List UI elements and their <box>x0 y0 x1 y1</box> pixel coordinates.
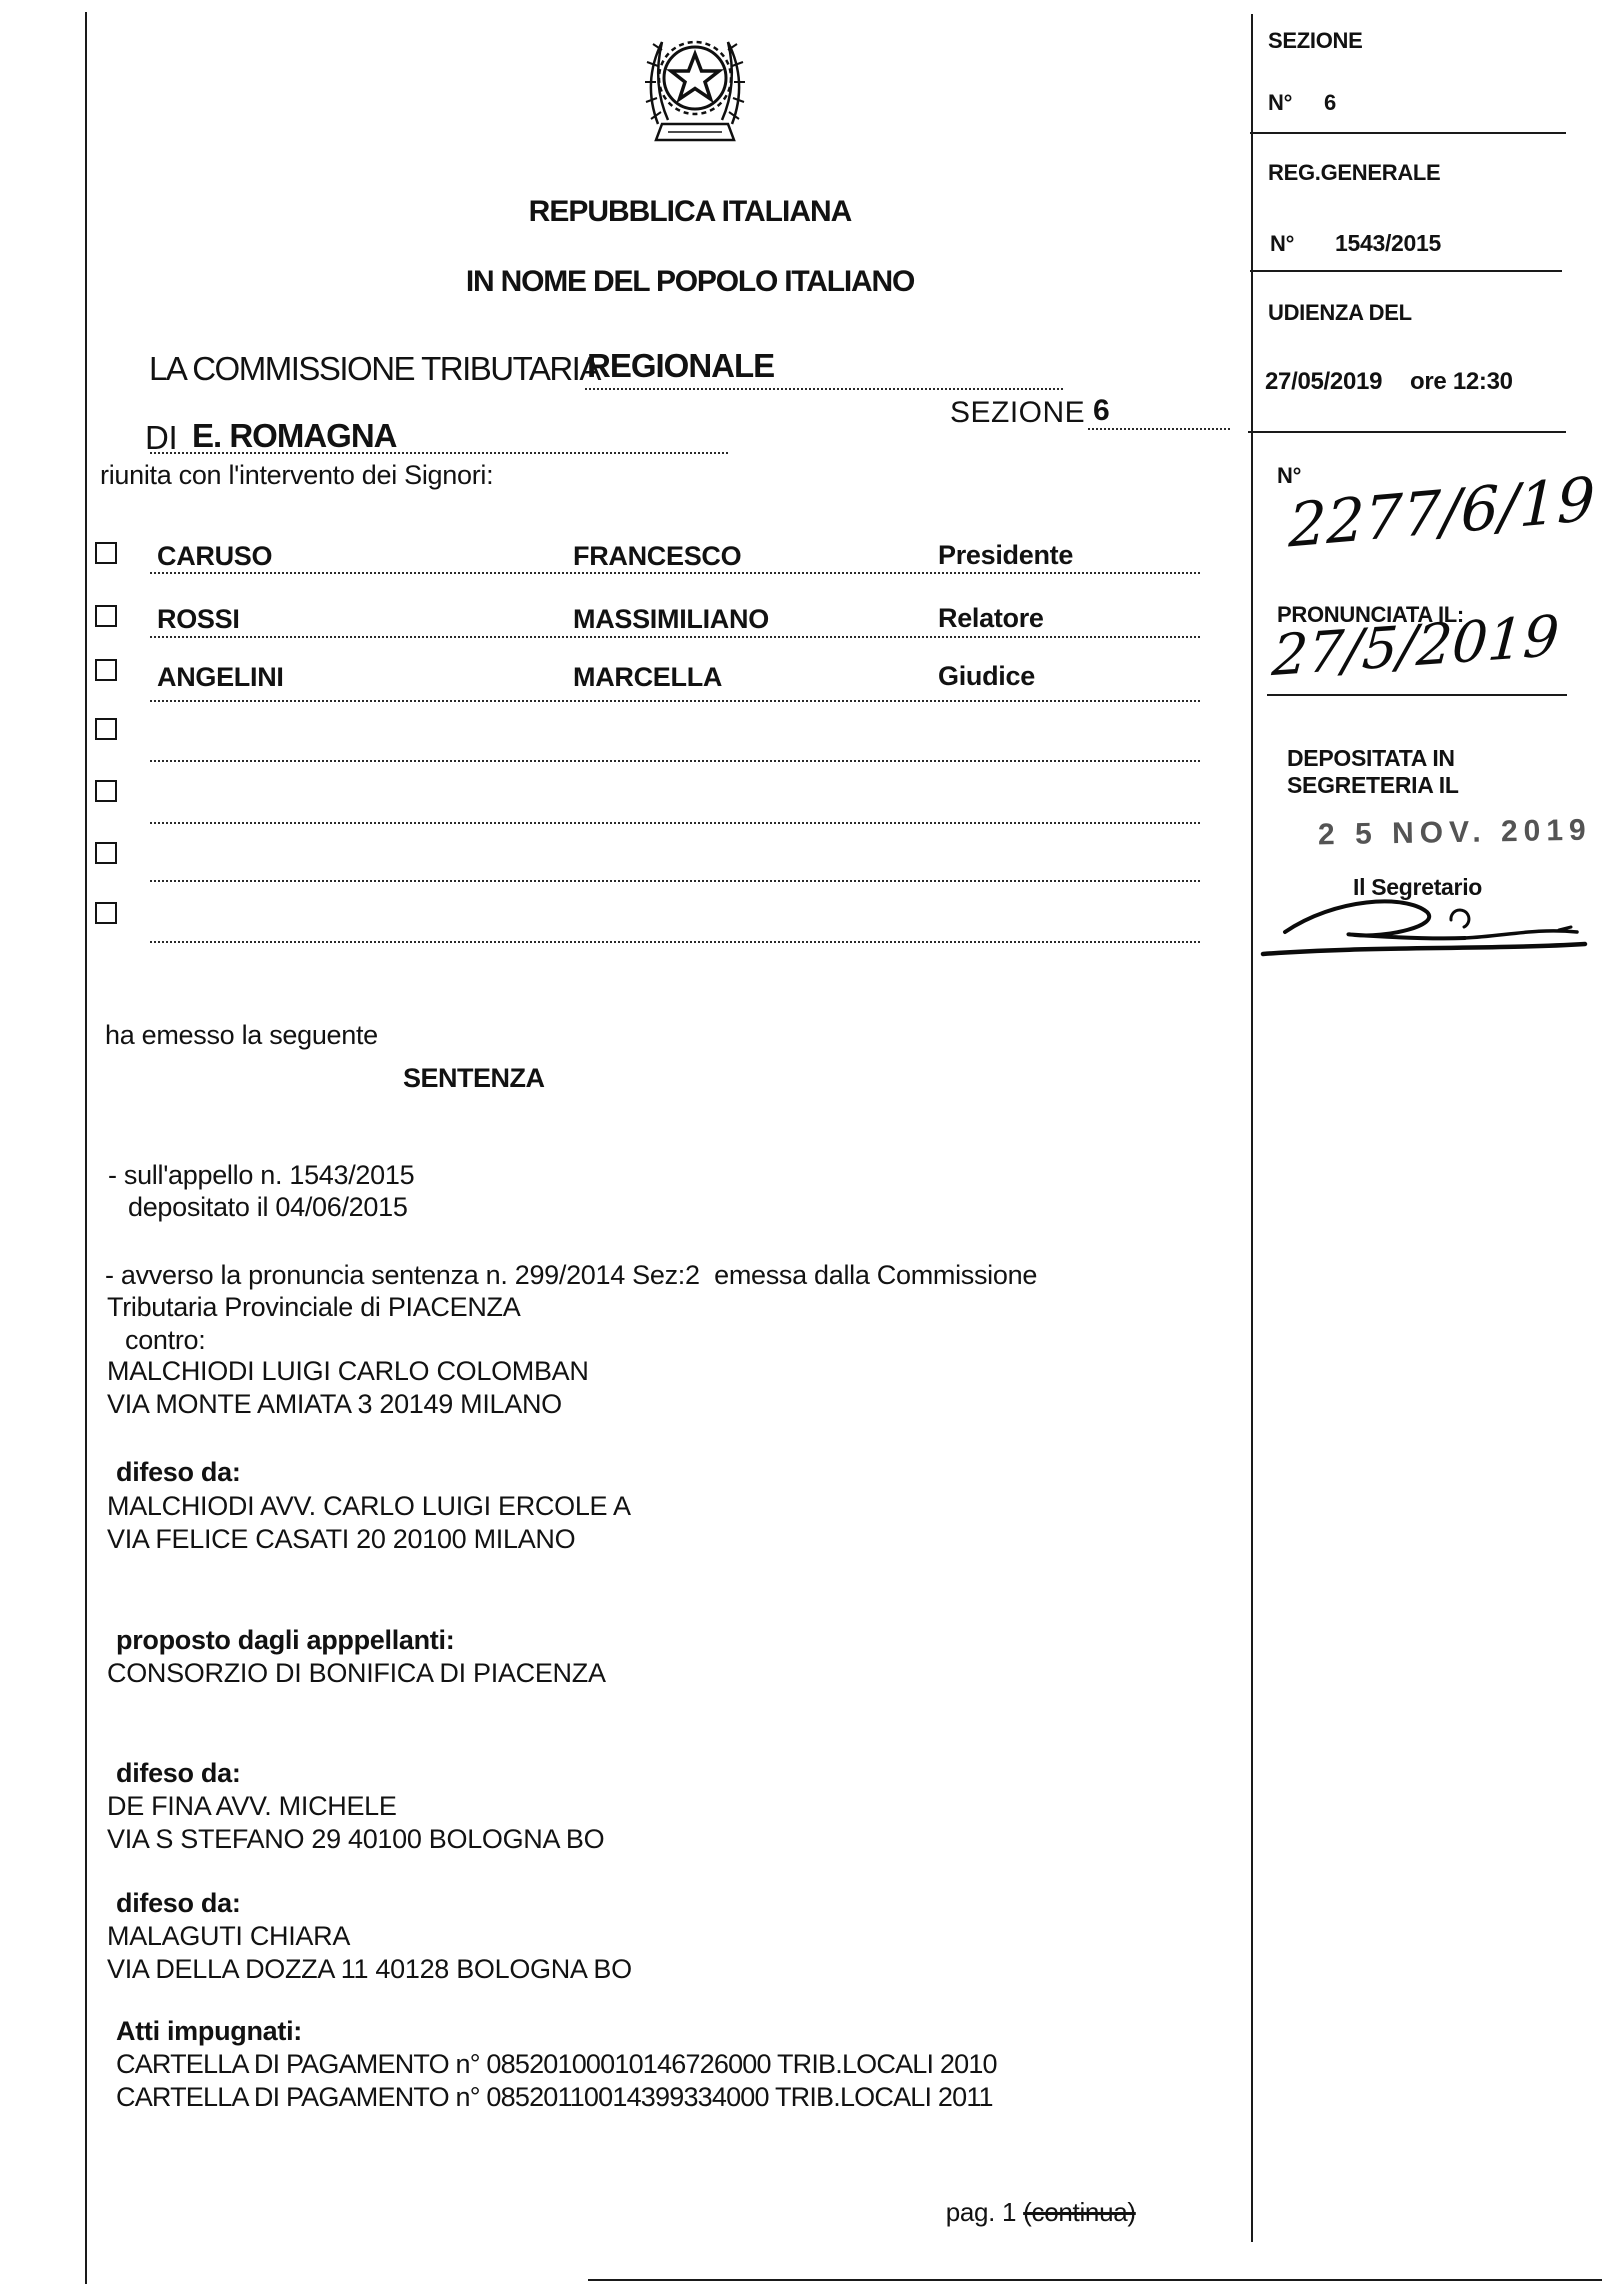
commission-dotted-line <box>585 388 1063 390</box>
empty-row-line <box>150 880 1200 882</box>
body-line: VIA MONTE AMIATA 3 20149 MILANO <box>107 1389 562 1420</box>
judge-row-line <box>150 700 1200 702</box>
judge-surname: CARUSO <box>157 541 272 572</box>
intro-line: riunita con l'intervento dei Signori: <box>100 460 493 491</box>
sidebar-udienza-time: ore 12:30 <box>1410 368 1513 396</box>
sezione-dotted-line <box>1088 428 1230 430</box>
judge-checkbox-empty <box>95 780 117 802</box>
scanned-judgment-page: REPUBBLICA ITALIANA IN NOME DEL POPOLO I… <box>0 0 1606 2289</box>
judge-surname: ROSSI <box>157 604 240 635</box>
left-margin-rule <box>85 12 87 2284</box>
page-number: pag. 1 <box>946 2197 1017 2227</box>
sidebar-reg-value: 1543/2015 <box>1335 230 1441 257</box>
title-repubblica: REPUBBLICA ITALIANA <box>390 195 990 229</box>
sidebar-sezione-value: 6 <box>1324 90 1336 116</box>
judge-row-line <box>150 572 1200 574</box>
depositata-line2: SEGRETERIA IL <box>1287 772 1459 799</box>
body-line-bold: difeso da: <box>116 1758 241 1789</box>
body-line: CARTELLA DI PAGAMENTO n° 085201000101467… <box>116 2049 997 2080</box>
sidebar-sezione-label: SEZIONE <box>1268 28 1362 54</box>
judge-role: Giudice <box>938 661 1035 692</box>
sidebar-udienza-date: 27/05/2019 <box>1265 368 1382 396</box>
body-line: VIA FELICE CASATI 20 20100 MILANO <box>107 1524 575 1555</box>
sezione-main-value: 6 <box>1093 394 1109 428</box>
body-line: MALAGUTI CHIARA <box>107 1921 350 1952</box>
empty-row-line <box>150 822 1200 824</box>
body-line: VIA S STEFANO 29 40100 BOLOGNA BO <box>107 1824 604 1855</box>
body-line: Tributaria Provinciale di PIACENZA <box>107 1292 520 1323</box>
judge-checkbox <box>95 605 117 627</box>
page-footer: pag. 1 (continua) <box>918 2166 1136 2259</box>
sidebar-divider-rule <box>1251 14 1253 2242</box>
judge-checkbox-empty <box>95 842 117 864</box>
deposit-date-stamp: 2 5 NOV. 2019 <box>1318 814 1592 853</box>
sidebar-reg-label: REG.GENERALE <box>1268 160 1440 186</box>
body-line-bold: proposto dagli apppellanti: <box>116 1625 454 1656</box>
body-line: CONSORZIO DI BONIFICA DI PIACENZA <box>107 1658 606 1689</box>
body-line: depositato il 04/06/2015 <box>128 1192 408 1223</box>
body-line: VIA DELLA DOZZA 11 40128 BOLOGNA BO <box>107 1954 632 1985</box>
sezione-main-label: SEZIONE <box>950 396 1085 430</box>
body-line: - avverso la pronuncia sentenza n. 299/2… <box>105 1260 1037 1291</box>
body-line: - sull'appello n. 1543/2015 <box>108 1160 414 1191</box>
empty-row-line <box>150 760 1200 762</box>
sidebar-udienza-label: UDIENZA DEL <box>1268 300 1412 326</box>
body-line-bold: Atti impugnati: <box>116 2016 302 2047</box>
sidebar-rule <box>1250 270 1562 272</box>
sidebar-sezione-n-label: N° <box>1268 90 1292 116</box>
commission-label: LA COMMISSIONE TRIBUTARIA <box>149 350 600 388</box>
judge-row-line <box>150 636 1200 638</box>
sidebar-numero-label: N° <box>1277 463 1301 489</box>
di-value: E. ROMAGNA <box>192 417 397 455</box>
body-line: CARTELLA DI PAGAMENTO n° 085201100143993… <box>116 2082 993 2113</box>
title-in-nome: IN NOME DEL POPOLO ITALIANO <box>390 265 990 299</box>
depositata-line1: DEPOSITATA IN <box>1287 745 1455 772</box>
continua-struck: (continua) <box>1023 2197 1136 2227</box>
judge-checkbox <box>95 659 117 681</box>
italy-emblem-icon <box>638 24 752 154</box>
sidebar-rule <box>1248 431 1566 433</box>
judge-checkbox-empty <box>95 902 117 924</box>
judge-name: MASSIMILIANO <box>573 604 769 635</box>
judge-role: Presidente <box>938 540 1073 571</box>
body-line: MALCHIODI LUIGI CARLO COLOMBAN <box>107 1356 589 1387</box>
emblem-star-icon <box>671 54 719 99</box>
judge-name: FRANCESCO <box>573 541 741 572</box>
judge-surname: ANGELINI <box>157 662 284 693</box>
di-dotted-line <box>150 452 728 454</box>
emesso-line: ha emesso la seguente <box>105 1020 378 1051</box>
numero-handwritten: 2277/6/19 <box>1288 464 1596 561</box>
body-line-bold: difeso da: <box>116 1888 241 1919</box>
sidebar-reg-n-label: N° <box>1270 231 1294 257</box>
judge-role: Relatore <box>938 603 1044 634</box>
body-line: MALCHIODI AVV. CARLO LUIGI ERCOLE A <box>107 1491 631 1522</box>
sidebar-rule <box>1250 132 1566 134</box>
sentenza-title: SENTENZA <box>403 1063 545 1094</box>
pronunciata-underline <box>1267 694 1567 696</box>
empty-row-line <box>150 941 1200 943</box>
commission-type: REGIONALE <box>587 347 774 385</box>
judge-name: MARCELLA <box>573 662 722 693</box>
body-line: contro: <box>125 1325 205 1356</box>
bottom-rule <box>588 2279 1602 2281</box>
judge-checkbox <box>95 542 117 564</box>
body-line-bold: difeso da: <box>116 1457 241 1488</box>
judge-checkbox-empty <box>95 718 117 740</box>
body-line: DE FINA AVV. MICHELE <box>107 1791 397 1822</box>
segretario-signature <box>1255 890 1595 970</box>
